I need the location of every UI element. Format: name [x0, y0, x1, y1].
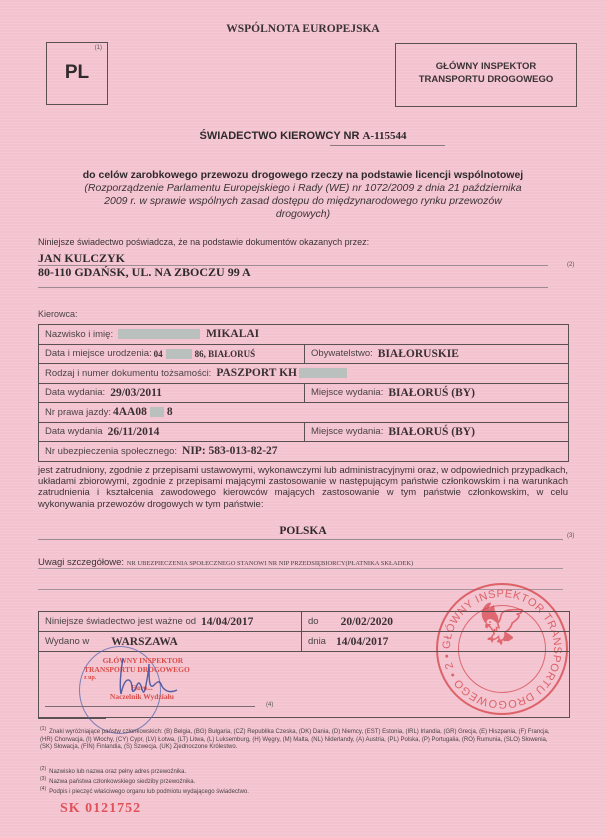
id-issue-row: Data wydania: 29/03/2011 Miejsce wydania…: [39, 383, 568, 403]
id-document-row: Rodzaj i numer dokumentu tożsamości: PAS…: [39, 363, 568, 383]
field-label: Nr ubezpieczenia społecznego:: [45, 446, 177, 457]
remarks-label: Uwagi szczegółowe:: [38, 557, 124, 568]
field-label: Wydano w: [45, 636, 89, 647]
license-issue-date-value: 26/11/2014: [108, 426, 160, 438]
citizenship-value: BIAŁORUSKIE: [378, 348, 459, 360]
birth-date-prefix: 04: [154, 349, 163, 359]
field-label: do: [308, 616, 319, 627]
license-issue-row: Data wydania 26/11/2014 Miejsce wydania:…: [39, 422, 568, 442]
field-label: Data i miejsce urodzenia:: [45, 348, 152, 359]
field-label: Miejsce wydania:: [311, 426, 383, 437]
footnote-1: (1)Znaki wyróżniające państw członkowski…: [40, 726, 560, 752]
field-label: Niniejsze świadectwo jest ważne od: [45, 616, 196, 627]
remarks: Uwagi szczegółowe: NR UBEZPIECZENIA SPOŁ…: [38, 557, 413, 568]
license-issue-place-value: BIAŁORUŚ (BY): [388, 426, 475, 438]
social-security-value: NIP: 583-013-82-27: [182, 445, 278, 457]
footnote-mark: (4): [266, 702, 273, 708]
driver-name-row: Nazwisko i imię: MIKALAI: [39, 325, 568, 344]
authority-name: GŁÓWNY INSPEKTOR TRANSPORTU DROGOWEGO: [396, 60, 576, 86]
field-label: Rodzaj i numer dokumentu tożsamości:: [45, 368, 211, 379]
id-issue-date-value: 29/03/2011: [110, 387, 162, 399]
issued-on-value: 14/04/2017: [336, 636, 388, 648]
social-security-row: Nr ubezpieczenia społecznego: NIP: 583-0…: [39, 441, 568, 461]
footnote-mark: (1): [95, 45, 102, 51]
signature-icon: [109, 654, 189, 704]
authority-box: GŁÓWNY INSPEKTOR TRANSPORTU DROGOWEGO: [395, 43, 577, 107]
community-heading: WSPÓLNOTA EUROPEJSKA: [0, 23, 606, 35]
footnote-mark: (3): [567, 533, 574, 539]
license-number-suffix: 8: [167, 406, 173, 418]
id-issue-place-value: BIAŁORUŚ (BY): [388, 387, 475, 399]
certificate-title-label: ŚWIADECTWO KIEROWCY NR: [200, 130, 360, 142]
country-code-box: PL (1): [46, 42, 108, 105]
signature-area: GŁÓWNY INSPEKTOR TRANSPORTU DROGOWEGO z …: [39, 651, 569, 716]
country-code: PL: [47, 62, 107, 84]
divider: [38, 287, 548, 288]
divider: [38, 539, 563, 540]
carrier-name: JAN KULCZYK: [38, 251, 251, 265]
id-document-value: PASZPORT KH: [216, 367, 297, 379]
field-label: Data wydania: [45, 426, 103, 437]
redacted-passport-number: [299, 368, 347, 378]
field-label: dnia: [308, 636, 326, 647]
validity-table: Niniejsze świadectwo jest ważne od 14/04…: [38, 611, 570, 718]
footnote-3: (3)Nazwa państwa członkowskiego siedziby…: [40, 776, 195, 787]
validity-row: Niniejsze świadectwo jest ważne od 14/04…: [39, 612, 569, 631]
field-label: Obywatelstwo:: [311, 348, 373, 359]
footnote-2: (2)Nazwisko lub nazwa oraz pełny adres p…: [40, 766, 186, 777]
remarks-value: NR UBEZPIECZENIA SPOŁECZNEGO STANOWI NR …: [127, 560, 414, 567]
valid-to-value: 20/02/2020: [341, 616, 393, 628]
driver-birth-row: Data i miejsce urodzenia: 04 86, BIAŁORU…: [39, 344, 568, 364]
authority-line-1: GŁÓWNY INSPEKTOR: [396, 60, 576, 73]
certificate-title: ŚWIADECTWO KIEROWCY NR A-115544: [0, 130, 606, 142]
driver-name-value: MIKALAI: [206, 328, 259, 340]
redacted-surname: [118, 329, 200, 339]
divider: [38, 568, 563, 569]
footnote-mark: (2): [567, 262, 574, 268]
carrier-address: 80-110 GDAŃSK, UL. NA ZBOCZU 99 A: [38, 265, 251, 279]
redacted-birth-date: [166, 349, 192, 359]
field-label: Nazwisko i imię:: [45, 329, 113, 340]
authority-line-2: TRANSPORTU DROGOWEGO: [396, 73, 576, 86]
signature-line: [45, 706, 255, 707]
field-label: Nr prawa jazdy:: [45, 407, 111, 418]
certificate-subtitle: do celów zarobkowego przewozu drogowego …: [0, 169, 606, 181]
license-number-prefix: 4AA08: [113, 406, 147, 418]
footnote-4: (4)Podpis i pieczęć właściwego organu lu…: [40, 786, 249, 797]
redacted-license-number: [150, 407, 164, 417]
driver-section-label: Kierowca:: [38, 309, 78, 319]
certificate-number: A-115544: [362, 130, 406, 142]
regulation-reference: (Rozporządzenie Parlamentu Europejskiego…: [80, 182, 526, 221]
title-underline: [330, 145, 445, 146]
field-label: Data wydania:: [45, 387, 105, 398]
employment-statement: jest zatrudniony, zgodnie z przepisami u…: [38, 465, 568, 510]
valid-from-value: 14/04/2017: [201, 616, 253, 628]
birth-place-value: 86, BIAŁORUŚ: [195, 349, 256, 359]
serial-number: SK 0121752: [60, 801, 141, 817]
field-label: Miejsce wydania:: [311, 387, 383, 398]
license-row: Nr prawa jazdy: 4AA08 8: [39, 402, 568, 422]
driver-details-table: Nazwisko i imię: MIKALAI Data i miejsce …: [38, 324, 569, 462]
carrier-intro: Niniejsze świadectwo poświadcza, że na p…: [38, 237, 369, 247]
footnote-rule: [38, 718, 106, 719]
divider: [38, 265, 548, 266]
employment-country: POLSKA: [0, 525, 606, 537]
